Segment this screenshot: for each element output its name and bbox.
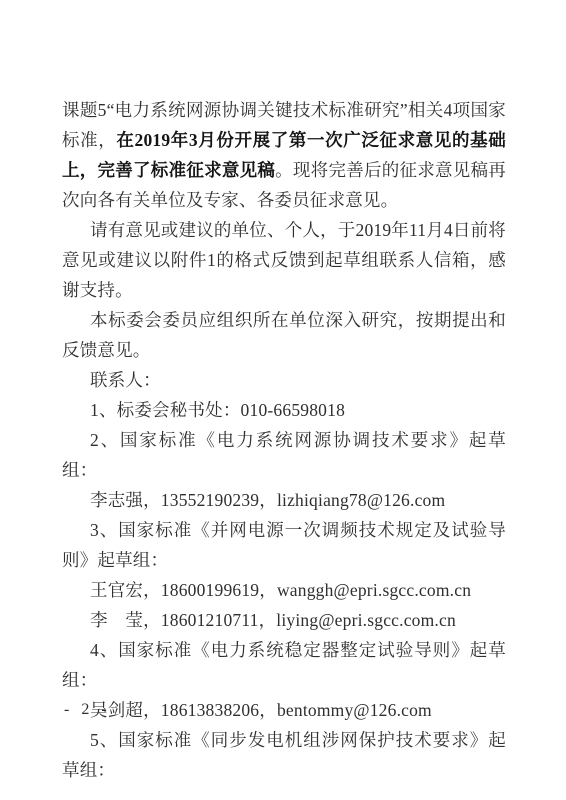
contacts-heading: 联系人： [62, 365, 506, 395]
contact-line-person-wangguanhong: 王官宏，18600199619，wanggh@epri.sgcc.com.cn [62, 575, 506, 605]
document-body: 课题5“电力系统网源协调关键技术标准研究”相关4项国家标准，在2019年3月份开… [62, 95, 506, 785]
contact-line-standard-2: 2、国家标准《电力系统网源协调技术要求》起草组： [62, 425, 506, 485]
paragraph-feedback-request: 请有意见或建议的单位、个人，于2019年11月4日前将意见或建议以附件1的格式反… [62, 215, 506, 305]
page-number: - 2 - [64, 701, 111, 719]
contact-line-standard-5: 5、国家标准《同步发电机组涉网保护技术要求》起草组： [62, 725, 506, 785]
document-page: 课题5“电力系统网源协调关键技术标准研究”相关4项国家标准，在2019年3月份开… [0, 0, 566, 800]
contact-line-secretariat: 1、标委会秘书处：010-66598018 [62, 395, 506, 425]
contact-line-person-wujianchao: 吴剑超，18613838206，bentommy@126.com [62, 695, 506, 725]
contact-line-standard-4: 4、国家标准《电力系统稳定器整定试验导则》起草组： [62, 635, 506, 695]
paragraph-committee-note: 本标委会委员应组织所在单位深入研究，按期提出和反馈意见。 [62, 305, 506, 365]
contact-line-standard-3: 3、国家标准《并网电源一次调频技术规定及试验导则》起草组： [62, 515, 506, 575]
contact-line-person-liying: 李 莹，18601210711，liying@epri.sgcc.com.cn [62, 605, 506, 635]
contact-line-person-lizhiqiang: 李志强，13552190239，lizhiqiang78@126.com [62, 485, 506, 515]
paragraph-intro: 课题5“电力系统网源协调关键技术标准研究”相关4项国家标准，在2019年3月份开… [62, 95, 506, 215]
